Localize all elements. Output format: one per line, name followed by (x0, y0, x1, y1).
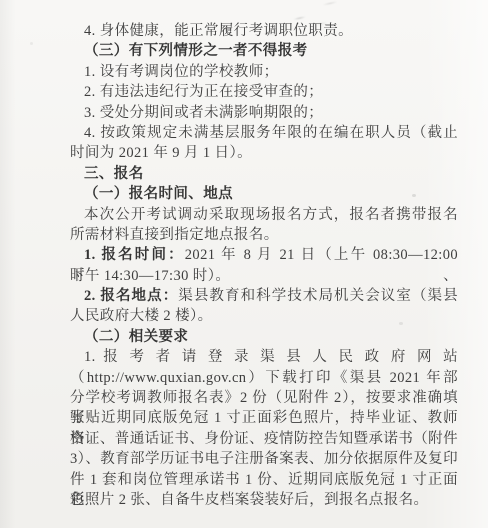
text-line: 人民政府大楼 2 楼）。 (70, 306, 458, 326)
text-line: 所需材料直接到指定地点报名。 (70, 225, 458, 245)
text-line: 2. 报名地点：渠县教育和科学技术局机关会议室（渠县 (70, 286, 458, 306)
text-line: （http://www.quxian.gov.cn）下载打印《渠县 2021 年… (70, 368, 458, 388)
text-line: 4. 按政策规定未满基层服务年限的在编在职人员（截止 (70, 123, 458, 143)
text-line: 格证、普通话证书、身份证、疫情防控告知暨承诺书（附件 (70, 429, 458, 449)
text-line: 1. 报名时间：2021 年 8 月 21 日（上午 08:30—12:00 时… (70, 245, 458, 265)
field-value: 渠县教育和科学技术局机关会议室（渠县 (178, 288, 458, 304)
document-text: 4. 身体健康，能正常履行考调职位职责。 （三）有下列情形之一者不得报考 1. … (70, 21, 458, 510)
text-line: 分学校考调教师报名表》2 份（见附件 2），按要求准确填写、 (70, 388, 458, 408)
text-line: 3. 受处分期间或者未满影响期限的； (70, 103, 458, 123)
text-line: 4. 身体健康，能正常履行考调职位职责。 (70, 21, 458, 41)
field-label: 2. 报名地点： (84, 288, 178, 304)
text-line: 色照片 2 张、自备牛皮档案袋装好后，到报名点报名。 (70, 490, 458, 510)
text-line: 张贴近期同底版免冠 1 寸正面彩色照片，持毕业证、教师资 (70, 408, 458, 428)
field-label: 1. 报名时间： (84, 247, 185, 263)
text-line: 件 1 套和岗位管理承诺书 1 份、近期同底版免冠 1 寸正面彩 (70, 470, 458, 490)
text-line: 1. 设有考调岗位的学校教师； (70, 62, 458, 82)
text-line: 时间为 2021 年 9 月 1 日）。 (70, 143, 458, 163)
section-heading: （三）有下列情形之一者不得报考 (70, 41, 458, 61)
text-line: 1. 报 考 者 请 登 录 渠 县 人 民 政 府 网 站 (70, 347, 458, 367)
text-line: 2. 有违法违纪行为正在接受审查的； (70, 82, 458, 102)
section-heading: （一）报名时间、地点 (70, 184, 458, 204)
scan-speck (30, 42, 33, 45)
document-page: 4. 身体健康，能正常履行考调职位职责。 （三）有下列情形之一者不得报考 1. … (0, 0, 488, 528)
section-heading: 三、报名 (70, 164, 458, 184)
text-line: 3）、教育部学历证书电子注册备案表、加分依据原件及复印 (70, 449, 458, 469)
section-heading: （二）相关要求 (70, 327, 458, 347)
text-line: 本次公开考试调动采取现场报名方式，报名者携带报名 (70, 205, 458, 225)
